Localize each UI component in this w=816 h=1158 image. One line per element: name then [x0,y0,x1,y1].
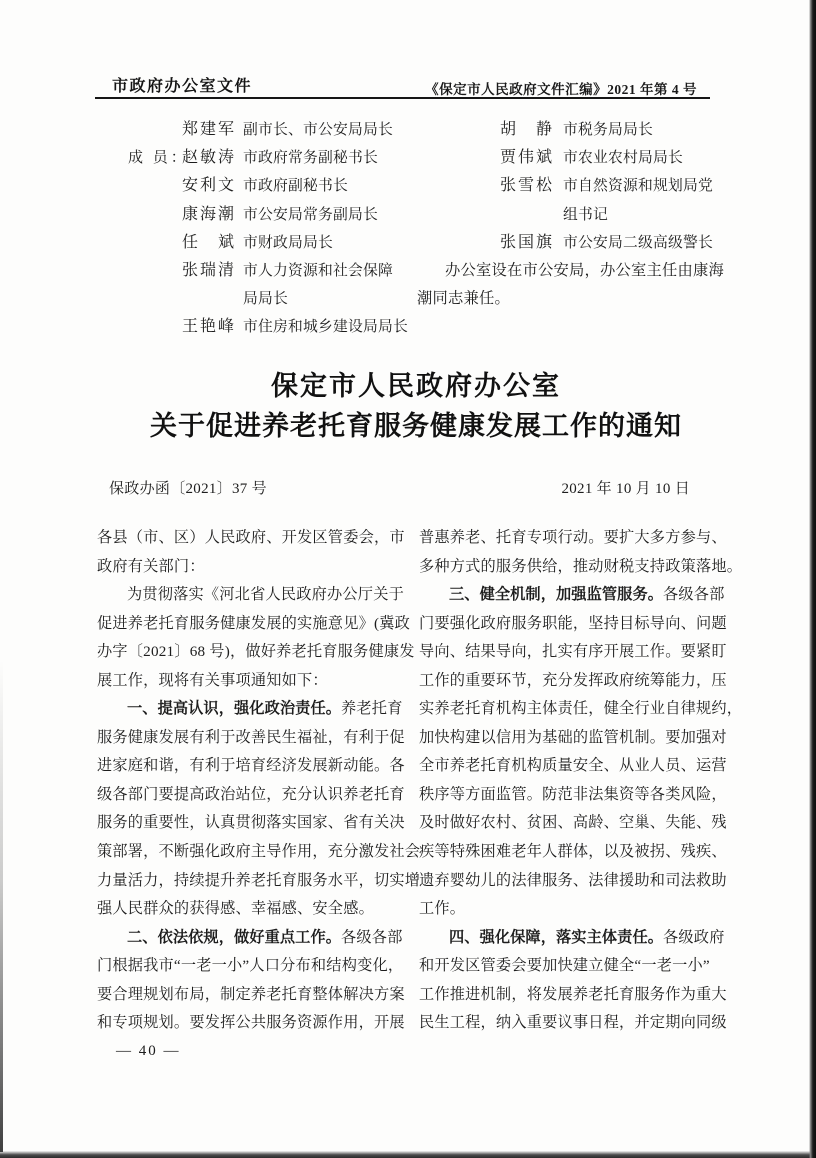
member-title-line: 市人力资源和社会保障 [243,257,393,285]
member-row: 张国旗市公安局二级高级警长 [417,229,747,257]
member-name: 任 斌 [182,229,243,257]
member-name: 赵敏涛 [182,144,243,172]
body-line: 办字〔2021〕68 号)，做好养老托育服务健康发 [97,638,405,667]
body-line: 工作推进机制，将发展养老托育服务作为重大 [419,981,737,1010]
body-line: 展工作，现将有关事项通知如下： [97,667,405,696]
body-line: 政府有关部门： [97,553,405,582]
document-title: 保定市人民政府办公室 关于促进养老托育服务健康发展工作的通知 [97,366,735,446]
body-line: 各县（市、区）人民政府、开发区管委会，市 [97,524,405,553]
body-line: 进家庭和谐，有利于培育经济发展新动能。各 [97,752,405,781]
body-line: 服务的重要性，认真贯彻落实国家、省有关决 [97,809,405,838]
body-line: 加快构建以信用为基础的监管机制。要加强对 [419,724,737,753]
body-line: 及时做好农村、贫困、高龄、空巢、失能、残 [419,809,737,838]
section-heading: 四、强化保障，落实主体责任。 [449,929,663,946]
member-row: 贾伟斌市农业农村局局长 [417,144,747,172]
member-title-line: 市政府副秘书长 [243,172,348,200]
member-row: 安利文市政府副秘书长 [128,172,409,200]
body-line: 级各部门要提高政治站位，充分认识养老托育 [97,781,405,810]
section-heading: 一、提高认识，强化政治责任。 [127,700,341,717]
member-row: 王艳峰市住房和城乡建设局局长 [128,313,409,341]
member-title-line: 市农业农村局局长 [563,144,683,172]
header-right-text: 《保定市人民政府文件汇编》2021 年第 4 号 [425,78,697,98]
member-title: 市住房和城乡建设局局长 [243,313,408,341]
body-line: 和专项规划。要发挥公共服务资源作用，开展 [97,1009,405,1038]
body-line: 要合理规划布局，制定养老托育整体解决方案 [97,981,405,1010]
member-title: 市政府副秘书长 [243,172,348,200]
document-title-line2: 关于促进养老托育服务健康发展工作的通知 [97,406,735,446]
member-title: 市财政局局长 [243,229,333,257]
body-line: 工作的重要环节，充分发挥政府统筹能力，压 [419,667,737,696]
member-name: 安利文 [182,172,243,200]
member-title: 市自然资源和规划局党组书记 [563,172,713,228]
member-name: 胡 静 [500,116,563,144]
member-name: 张瑞清 [182,257,243,285]
body-line: 实养老托育机构主体责任，健全行业自律规约， [419,695,737,724]
body-line-section-start: 二、依法依规，做好重点工作。各级各部 [97,924,405,953]
body-line-section-start: 四、强化保障，落实主体责任。各级政府 [419,924,737,953]
footer-page-number: — 40 — [116,1041,181,1061]
member-title: 市公安局常务副局长 [243,201,378,229]
member-title: 副市长、市公安局局长 [243,116,393,144]
doc-date: 2021 年 10 月 10 日 [561,477,735,498]
body-line: 全市养老托育机构质量安全、从业人员、运营 [419,752,737,781]
member-title-line: 市公安局二级高级警长 [563,229,713,257]
member-title-line: 市税务局局长 [563,116,653,144]
member-title: 市农业农村局局长 [563,144,683,172]
member-row: 成 员：赵敏涛市政府常务副秘书长 [128,144,409,172]
member-title-line: 组书记 [563,201,713,229]
body-line: 秩序等方面监管。防范非法集资等各类风险， [419,781,737,810]
body-line: 遗弃婴幼儿的法律服务、法律援助和司法救助 [419,867,737,896]
member-title-line: 局局长 [243,285,393,313]
body-line: 工作。 [419,895,737,924]
member-title-line: 市自然资源和规划局党 [563,172,713,200]
member-name: 张雪松 [500,172,563,200]
body-line-section-start: 一、提高认识，强化政治责任。养老托育 [97,695,405,724]
body-line: 普惠养老、托育专项行动。要扩大多方参与、 [419,524,737,553]
members-right-column: 胡 静市税务局局长贾伟斌市农业农村局局长张雪松市自然资源和规划局党组书记张国旗市… [417,116,747,313]
body-line: 门要强化政府服务职能，坚持目标导向、问题 [419,610,737,639]
scan-edge-bottom [0,1151,816,1158]
body-line: 为贯彻落实《河北省人民政府办公厅关于 [97,581,405,610]
body-line: 导向、结果导向，扎实有序开展工作。要紧盯 [419,638,737,667]
member-name: 贾伟斌 [500,144,563,172]
member-title-line: 副市长、市公安局局长 [243,116,393,144]
body-line: 民生工程，纳入重要议事日程，并定期向同级 [419,1009,737,1038]
member-name: 郑建军 [182,116,243,144]
doc-number: 保政办函〔2021〕37 号 [97,477,267,498]
member-title-line: 市住房和城乡建设局局长 [243,313,408,341]
document-page: 市政府办公室文件 《保定市人民政府文件汇编》2021 年第 4 号 郑建军副市长… [0,0,816,1158]
member-title: 市公安局二级高级警长 [563,229,713,257]
member-row: 张雪松市自然资源和规划局党组书记 [417,172,747,228]
doc-meta-row: 保政办函〔2021〕37 号 2021 年 10 月 10 日 [97,477,735,498]
member-row: 郑建军副市长、市公安局局长 [128,116,409,144]
document-title-line1: 保定市人民政府办公室 [97,366,735,406]
member-title: 市税务局局长 [563,116,653,144]
header-rule [95,97,710,99]
member-row: 任 斌市财政局局长 [128,229,409,257]
office-note-line: 潮同志兼任。 [417,285,747,313]
member-title-line: 市公安局常务副局长 [243,201,378,229]
member-name: 王艳峰 [182,313,243,341]
member-row: 胡 静市税务局局长 [417,116,747,144]
member-name: 康海潮 [182,201,243,229]
member-name: 张国旗 [500,229,563,257]
member-row: 康海潮市公安局常务副局长 [128,201,409,229]
body-line: 疾等特殊困难老年人群体，以及被拐、残疾、 [419,838,737,867]
member-role-label: 成 员： [128,144,182,172]
members-left-column: 郑建军副市长、市公安局局长成 员：赵敏涛市政府常务副秘书长安利文市政府副秘书长康… [97,116,409,342]
member-title-line: 市政府常务副秘书长 [243,144,378,172]
body-line: 力量活力，持续提升养老托育服务水平，切实增 [97,867,405,896]
member-title: 市人力资源和社会保障局局长 [243,257,393,313]
section-heading: 三、健全机制，加强监管服务。 [449,586,663,603]
body-left-column: 各县（市、区）人民政府、开发区管委会，市政府有关部门：为贯彻落实《河北省人民政府… [97,524,405,1038]
section-heading: 二、依法依规，做好重点工作。 [127,929,341,946]
body-right-column: 普惠养老、托育专项行动。要扩大多方参与、多种方式的服务供给，推动财税支持政策落地… [419,524,737,1038]
body-line: 门根据我市“一老一小”人口分布和结构变化， [97,952,405,981]
body-line: 多种方式的服务供给，推动财税支持政策落地。 [419,553,737,582]
body-line: 促进养老托育服务健康发展的实施意见》(冀政 [97,610,405,639]
body-line: 策部署，不断强化政府主导作用，充分激发社会 [97,838,405,867]
member-row: 张瑞清市人力资源和社会保障局局长 [128,257,409,313]
body-line: 和开发区管委会要加快建立健全“一老一小” [419,952,737,981]
scan-edge-right [809,0,816,1158]
body-line: 服务健康发展有利于改善民生福祉，有利于促 [97,724,405,753]
body-line: 强人民群众的获得感、幸福感、安全感。 [97,895,405,924]
office-note-line: 办公室设在市公安局，办公室主任由康海 [417,257,747,285]
scan-edge-left [0,660,3,1152]
member-title-line: 市财政局局长 [243,229,333,257]
body-line-section-start: 三、健全机制，加强监管服务。各级各部 [419,581,737,610]
header-left-text: 市政府办公室文件 [112,73,252,96]
member-title: 市政府常务副秘书长 [243,144,378,172]
